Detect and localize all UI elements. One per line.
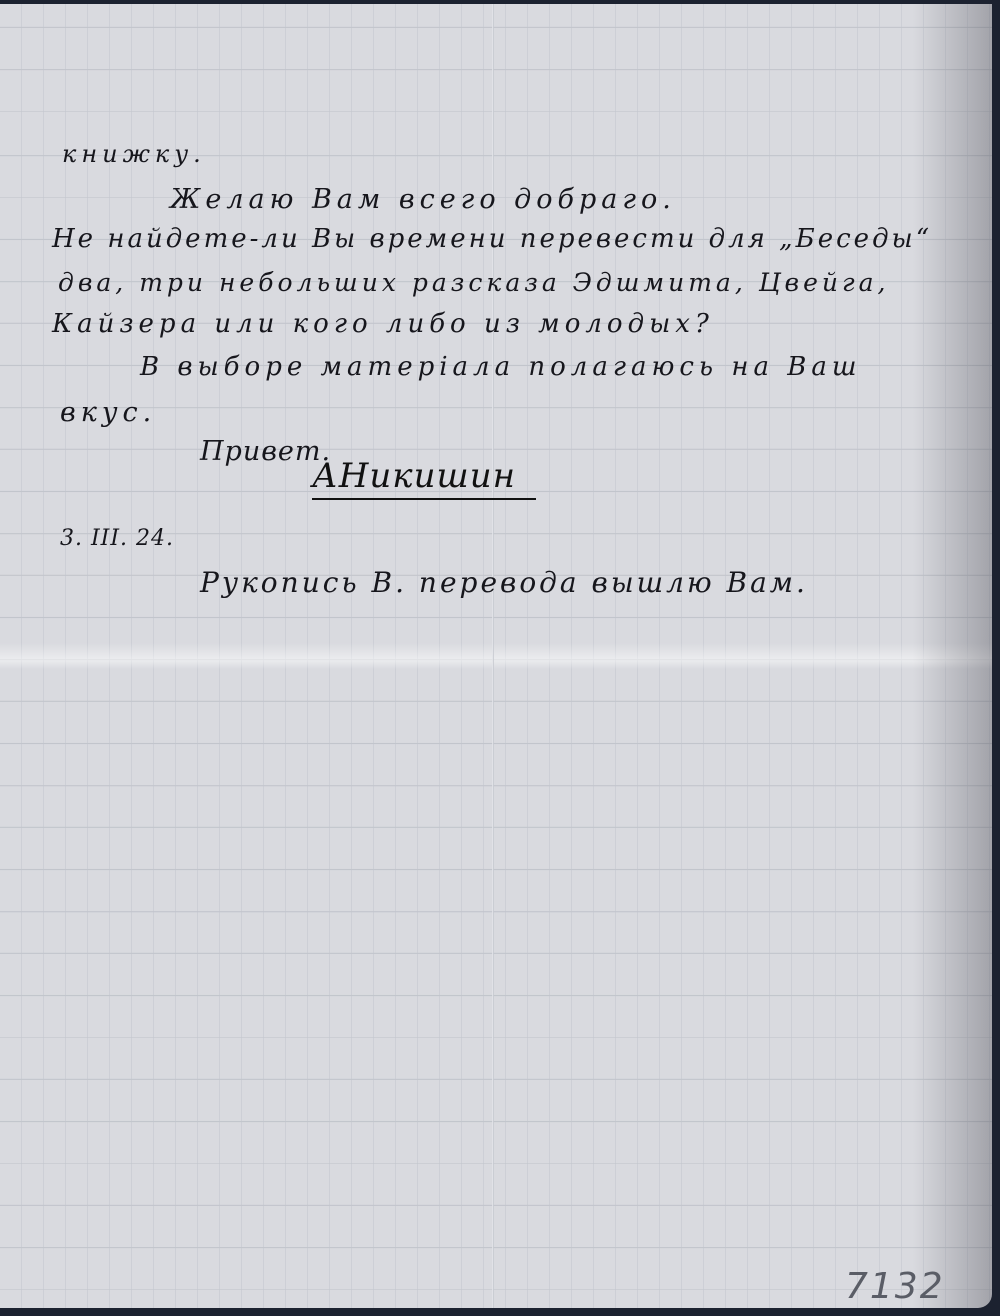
- bleed-through-text: [60, 694, 952, 696]
- letter-line: вкус.: [60, 397, 156, 428]
- letter-sheet: книжку. Желаю Вам всего добраго. Не найд…: [0, 4, 992, 1308]
- archive-number: 7132: [845, 1266, 945, 1307]
- signature: АНикишин: [312, 456, 536, 500]
- letter-line: два, три небольших разсказа Эдшмита, Цве…: [58, 268, 889, 297]
- letter-date: 3. III. 24.: [60, 526, 174, 551]
- letter-line: Кайзера или кого либо из молодых?: [52, 309, 714, 339]
- letter-line: книжку.: [62, 140, 206, 168]
- letter-postscript: Рукопись В. перевода вышлю Вам.: [200, 566, 808, 599]
- letter-line: В выборе матеріала полагаюсь на Ваш: [140, 352, 861, 382]
- letter-line: Желаю Вам всего добраго.: [170, 184, 676, 215]
- letter-line: Не найдете-ли Вы времени перевести для „…: [52, 224, 932, 254]
